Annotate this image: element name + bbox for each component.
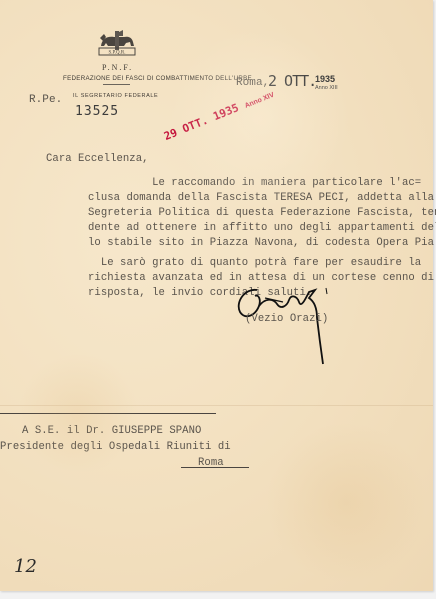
she-wolf-emblem-icon: S.P.Q.R. [96,28,138,64]
addressee-rule [0,413,216,414]
paper-fold-line [0,405,433,406]
dateline-era: Anno XIII [315,85,338,91]
body-line: clusa domanda della Fascista TERESA PECI… [88,192,434,204]
dateline-place: Roma, [236,77,269,89]
protocol-number: 13525 [75,104,119,119]
dateline-year: 1935 [315,75,335,84]
body-line: Le raccomando in maniera particolare l'a… [88,177,421,189]
body-line: lo stabile sito in Piazza Navona, di cod… [88,237,436,249]
handwritten-signature [225,280,345,375]
addressee-line-2: Presidente degli Ospedali Riuniti di [0,441,231,453]
party-initials: P.N.F. [102,63,133,72]
reference-label: R.Pe. [29,94,62,106]
dateline-date: 2 OTT. [268,72,316,90]
letter-page: S.P.Q.R. P.N.F. Federazione dei Fasci di… [0,0,433,591]
body-line: dente ad ottenere in affitto uno degli a… [88,222,436,234]
typed-signature-name: (Vezio Orazi) [245,313,328,325]
salutation: Cara Eccellenza, [46,153,149,165]
city-underline [181,467,249,468]
addressee-line-1: A S.E. il Dr. GIUSEPPE SPANO [22,425,201,437]
body-line: Segreteria Politica di questa Federazion… [88,207,436,219]
office-title: Il Segretario Federale [73,93,158,99]
svg-text:S.P.Q.R.: S.P.Q.R. [109,51,126,56]
archive-handwritten-mark: 12 [14,556,37,577]
body-line: Le sarò grato di quanto potrà fare per e… [88,257,421,269]
letterhead-divider [103,84,130,85]
received-date-stamp: 29 OTT. 1935 Anno XIV [162,87,276,143]
organization-name: Federazione dei Fasci di Combattimento d… [63,75,252,82]
